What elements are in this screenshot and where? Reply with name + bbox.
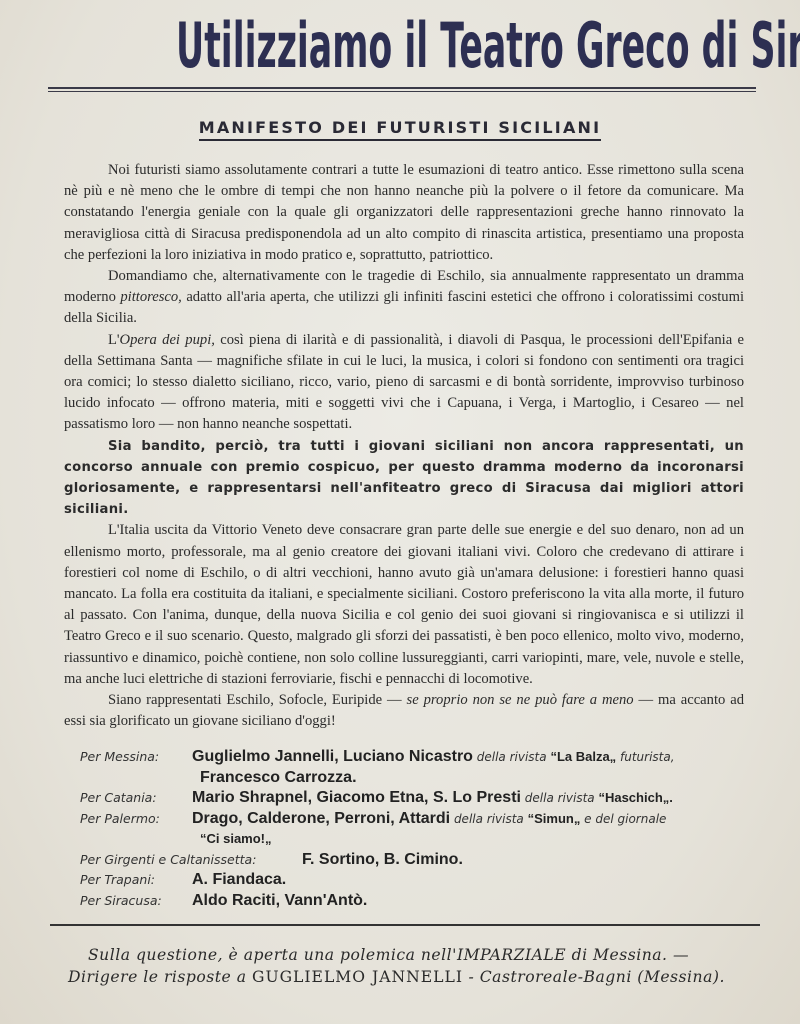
emphasis: pittoresco, <box>120 289 181 305</box>
signer-row-trapani: Per Trapani: A. Fiandaca. <box>80 870 760 891</box>
subtitle-text: MANIFESTO DEI FUTURISTI SICILIANI <box>199 118 602 141</box>
signer-names: Mario Shrapnel, Giacomo Etna, S. Lo Pres… <box>192 788 673 809</box>
signatories-list: Per Messina: Guglielmo Jannelli, Luciano… <box>80 747 760 911</box>
signer-row-palermo-cont: “Ci siamo!„ <box>80 829 760 850</box>
signer-row-messina-cont: Francesco Carrozza. <box>80 768 760 789</box>
manifesto-subtitle: MANIFESTO DEI FUTURISTI SICILIANI <box>0 118 800 138</box>
signer-names: “Ci siamo!„ <box>200 829 272 850</box>
footer-divider <box>50 924 760 926</box>
title-double-rule <box>48 87 756 93</box>
footer-note: Sulla questione, è aperta una polemica n… <box>68 944 758 988</box>
paragraph-6: Siano rappresentati Eschilo, Sofocle, Eu… <box>64 690 744 732</box>
city-label: Per Trapani: <box>80 870 155 891</box>
emphasis: Opera dei pupi, <box>120 332 215 348</box>
paragraph-1: Noi futuristi siamo assolutamente contra… <box>64 160 744 266</box>
title-text: Utilizziamo il Teatro Greco di Siracusa <box>176 4 624 88</box>
signer-names: Aldo Raciti, Vann'Antò. <box>192 891 367 912</box>
signer-row-girgenti: Per Girgenti e Caltanissetta: F. Sortino… <box>80 850 760 871</box>
signer-row-catania: Per Catania: Mario Shrapnel, Giacomo Etn… <box>80 788 760 809</box>
city-label: Per Catania: <box>80 788 157 809</box>
signer-names: Francesco Carrozza. <box>200 768 357 789</box>
paragraph-4-proclamation: Sia bandito, perciò, tra tutti i giovani… <box>64 436 744 521</box>
emphasis: se proprio non se ne può fare a meno <box>407 692 634 708</box>
city-label: Per Siracusa: <box>80 891 162 912</box>
footer-text: Sulla questione, è aperta una polemica n… <box>68 944 758 988</box>
paragraph-5: L'Italia uscita da Vittorio Veneto deve … <box>64 520 744 690</box>
paragraph-3-text: L' <box>108 332 120 348</box>
city-label: Per Girgenti e Caltanissetta: <box>80 850 256 871</box>
paragraph-6-text: Siano rappresentati Eschilo, Sofocle, Eu… <box>108 692 407 708</box>
city-label: Per Palermo: <box>80 809 160 830</box>
signer-names: F. Sortino, B. Cimino. <box>302 850 463 871</box>
paragraph-2: Domandiamo che, alternativamente con le … <box>64 266 744 330</box>
signer-names: A. Fiandaca. <box>192 870 286 891</box>
signer-names: Drago, Calderone, Perroni, Attardi della… <box>192 809 666 830</box>
signer-row-messina: Per Messina: Guglielmo Jannelli, Luciano… <box>80 747 760 768</box>
city-label: Per Messina: <box>80 747 159 768</box>
manifesto-body: Noi futuristi siamo assolutamente contra… <box>64 160 744 732</box>
signer-row-palermo: Per Palermo: Drago, Calderone, Perroni, … <box>80 809 760 830</box>
signer-row-siracusa: Per Siracusa: Aldo Raciti, Vann'Antò. <box>80 891 760 912</box>
signer-names: Guglielmo Jannelli, Luciano Nicastro del… <box>192 747 675 768</box>
paragraph-3: L'Opera dei pupi, così piena di ilarità … <box>64 330 744 436</box>
page-title: Utilizziamo il Teatro Greco di Siracusa <box>0 4 800 88</box>
